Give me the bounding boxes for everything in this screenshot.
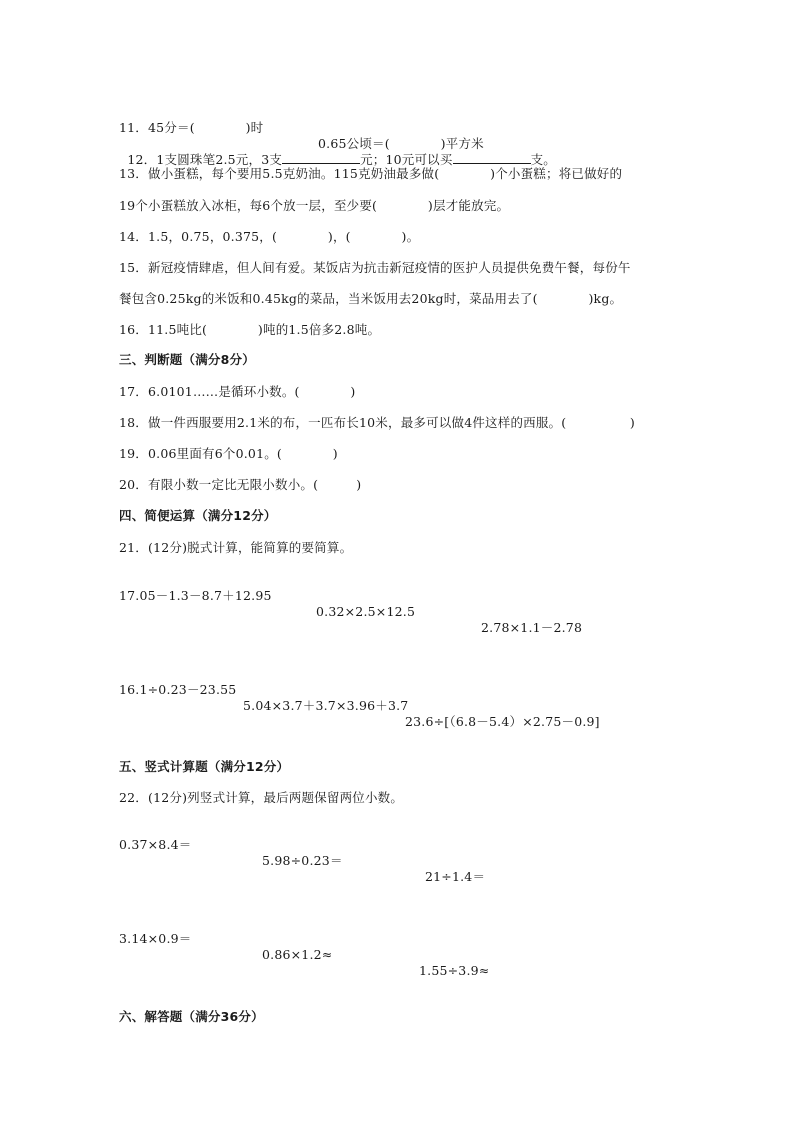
q12-text-b: 元；10元可以买 [360,152,453,167]
expr-2: 0.32×2.5×12.5 [316,604,415,620]
q12-text-a: 12．1支圆珠笔2.5元，3支 [127,152,282,167]
simplify-row-2: 16.1÷0.23－23.55 5.04×3.7＋3.7×3.96＋3.7 23… [119,666,127,730]
calc-4: 3.14×0.9＝ [119,931,192,947]
question-16: 16．11.5吨比( )吨的1.5倍多2.8吨。 [119,322,380,338]
q12-blank-1[interactable] [282,151,360,164]
question-15-line1: 15．新冠疫情肆虐，但人间有爱。某饭店为抗击新冠疫情的医护人员提供免费午餐，每份… [119,260,631,276]
question-19: 19．0.06里面有6个0.01。( ) [119,446,338,462]
q11-part1: 11．45分＝( )时 [119,120,263,136]
question-13-line2: 19个小蛋糕放入冰柜，每6个放一层，至少要( )层才能放完。 [119,198,509,214]
expr-5: 5.04×3.7＋3.7×3.96＋3.7 [243,698,408,714]
calc-1: 0.37×8.4＝ [119,837,192,853]
section-heading-judgement: 三、判断题（满分8分） [119,352,255,368]
section-heading-vertical: 五、竖式计算题（满分12分） [119,759,289,775]
question-12: 12．1支圆珠笔2.5元，3支元；10元可以买支。 [119,135,556,168]
question-13-line1: 13．做小蛋糕，每个要用5.5克奶油。115克奶油最多做( )个小蛋糕；将已做好… [119,166,622,182]
question-15-line2: 餐包含0.25kg的米饭和0.45kg的菜品，当米饭用去20kg时，菜品用去了(… [119,291,622,307]
question-20: 20．有限小数一定比无限小数小。( ) [119,477,361,493]
q12-blank-2[interactable] [453,151,531,164]
question-21: 21．(12分)脱式计算，能简算的要简算。 [119,540,352,556]
vertical-row-2: 3.14×0.9＝ 0.86×1.2≈ 1.55÷3.9≈ [119,915,127,979]
question-18: 18．做一件西服要用2.1米的布，一匹布长10米，最多可以做4件这样的西服。( … [119,415,635,431]
expr-3: 2.78×1.1－2.78 [481,620,582,636]
expr-1: 17.05－1.3－8.7＋12.95 [119,588,272,604]
calc-6: 1.55÷3.9≈ [419,963,489,979]
expr-6: 23.6÷[（6.8－5.4）×2.75－0.9] [405,714,600,730]
simplify-row-1: 17.05－1.3－8.7＋12.95 0.32×2.5×12.5 2.78×1… [119,572,127,636]
q12-text-c: 支。 [531,152,556,167]
question-22: 22．(12分)列竖式计算，最后两题保留两位小数。 [119,790,403,806]
calc-2: 5.98÷0.23＝ [262,853,343,869]
expr-4: 16.1÷0.23－23.55 [119,682,236,698]
section-heading-simplify: 四、简便运算（满分12分） [119,508,277,524]
question-14: 14．1.5，0.75，0.375，( )，( )。 [119,229,419,245]
question-17: 17．6.0101……是循环小数。( ) [119,384,356,400]
calc-3: 21÷1.4＝ [425,869,485,885]
section-heading-answer: 六、解答题（满分36分） [119,1009,264,1025]
vertical-row-1: 0.37×8.4＝ 5.98÷0.23＝ 21÷1.4＝ [119,821,127,885]
calc-5: 0.86×1.2≈ [262,947,332,963]
